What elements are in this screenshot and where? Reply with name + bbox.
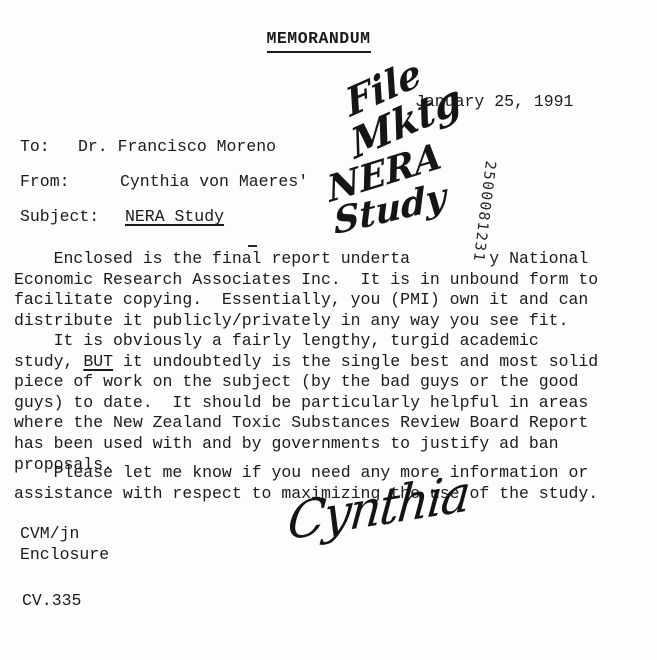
to-value: Dr. Francisco Moreno [78, 137, 276, 158]
field-subject: Subject: NERA Study [20, 207, 224, 228]
memo-title-wrap: MEMORANDUM [266, 29, 370, 53]
body-paragraph-1: Enclosed is the final report underta y N… [14, 249, 598, 331]
body-text-line: study, BUT it undoubtedly is the single … [14, 352, 598, 373]
handwritten-signature: Cynthia [287, 483, 469, 533]
body-text-line: It is obviously a fairly lengthy, turgid… [14, 331, 598, 352]
subject-value: NERA Study [125, 207, 224, 228]
scan-artifact-dash [248, 245, 257, 247]
from-label: From: [20, 172, 120, 193]
body-paragraph-2: It is obviously a fairly lengthy, turgid… [14, 331, 598, 475]
body-text-line: Enclosed is the final report underta y N… [14, 249, 598, 270]
body-text-line: piece of work on the subject (by the bad… [14, 372, 598, 393]
field-from: From: Cynthia von Maeres' [20, 172, 308, 193]
body-text-line: has been used with and by governments to… [14, 434, 598, 455]
bates-number-stamp: 2500081231 [467, 159, 500, 263]
enclosure-note: Enclosure [20, 545, 109, 566]
body-text-line: guys) to date. It should be particularly… [14, 393, 598, 414]
reference-number: CV.335 [22, 591, 81, 612]
memo-scanned-page: MEMORANDUM January 25, 1991 To: Dr. Fran… [0, 0, 657, 660]
body-text-line: distribute it publicly/privately in any … [14, 311, 598, 332]
subject-label: Subject: [20, 207, 125, 228]
field-to: To: Dr. Francisco Moreno [20, 137, 276, 158]
memo-title: MEMORANDUM [266, 29, 370, 53]
footer-block: CVM/jn Enclosure [20, 524, 109, 565]
from-value: Cynthia von Maeres' [120, 172, 308, 193]
body-text-line: where the New Zealand Toxic Substances R… [14, 413, 598, 434]
typist-initials: CVM/jn [20, 524, 109, 545]
body-text-line: Economic Research Associates Inc. It is … [14, 270, 598, 291]
body-text-line: facilitate copying. Essentially, you (PM… [14, 290, 598, 311]
to-label: To: [20, 137, 78, 158]
body-text-line: Please let me know if you need any more … [14, 463, 598, 484]
